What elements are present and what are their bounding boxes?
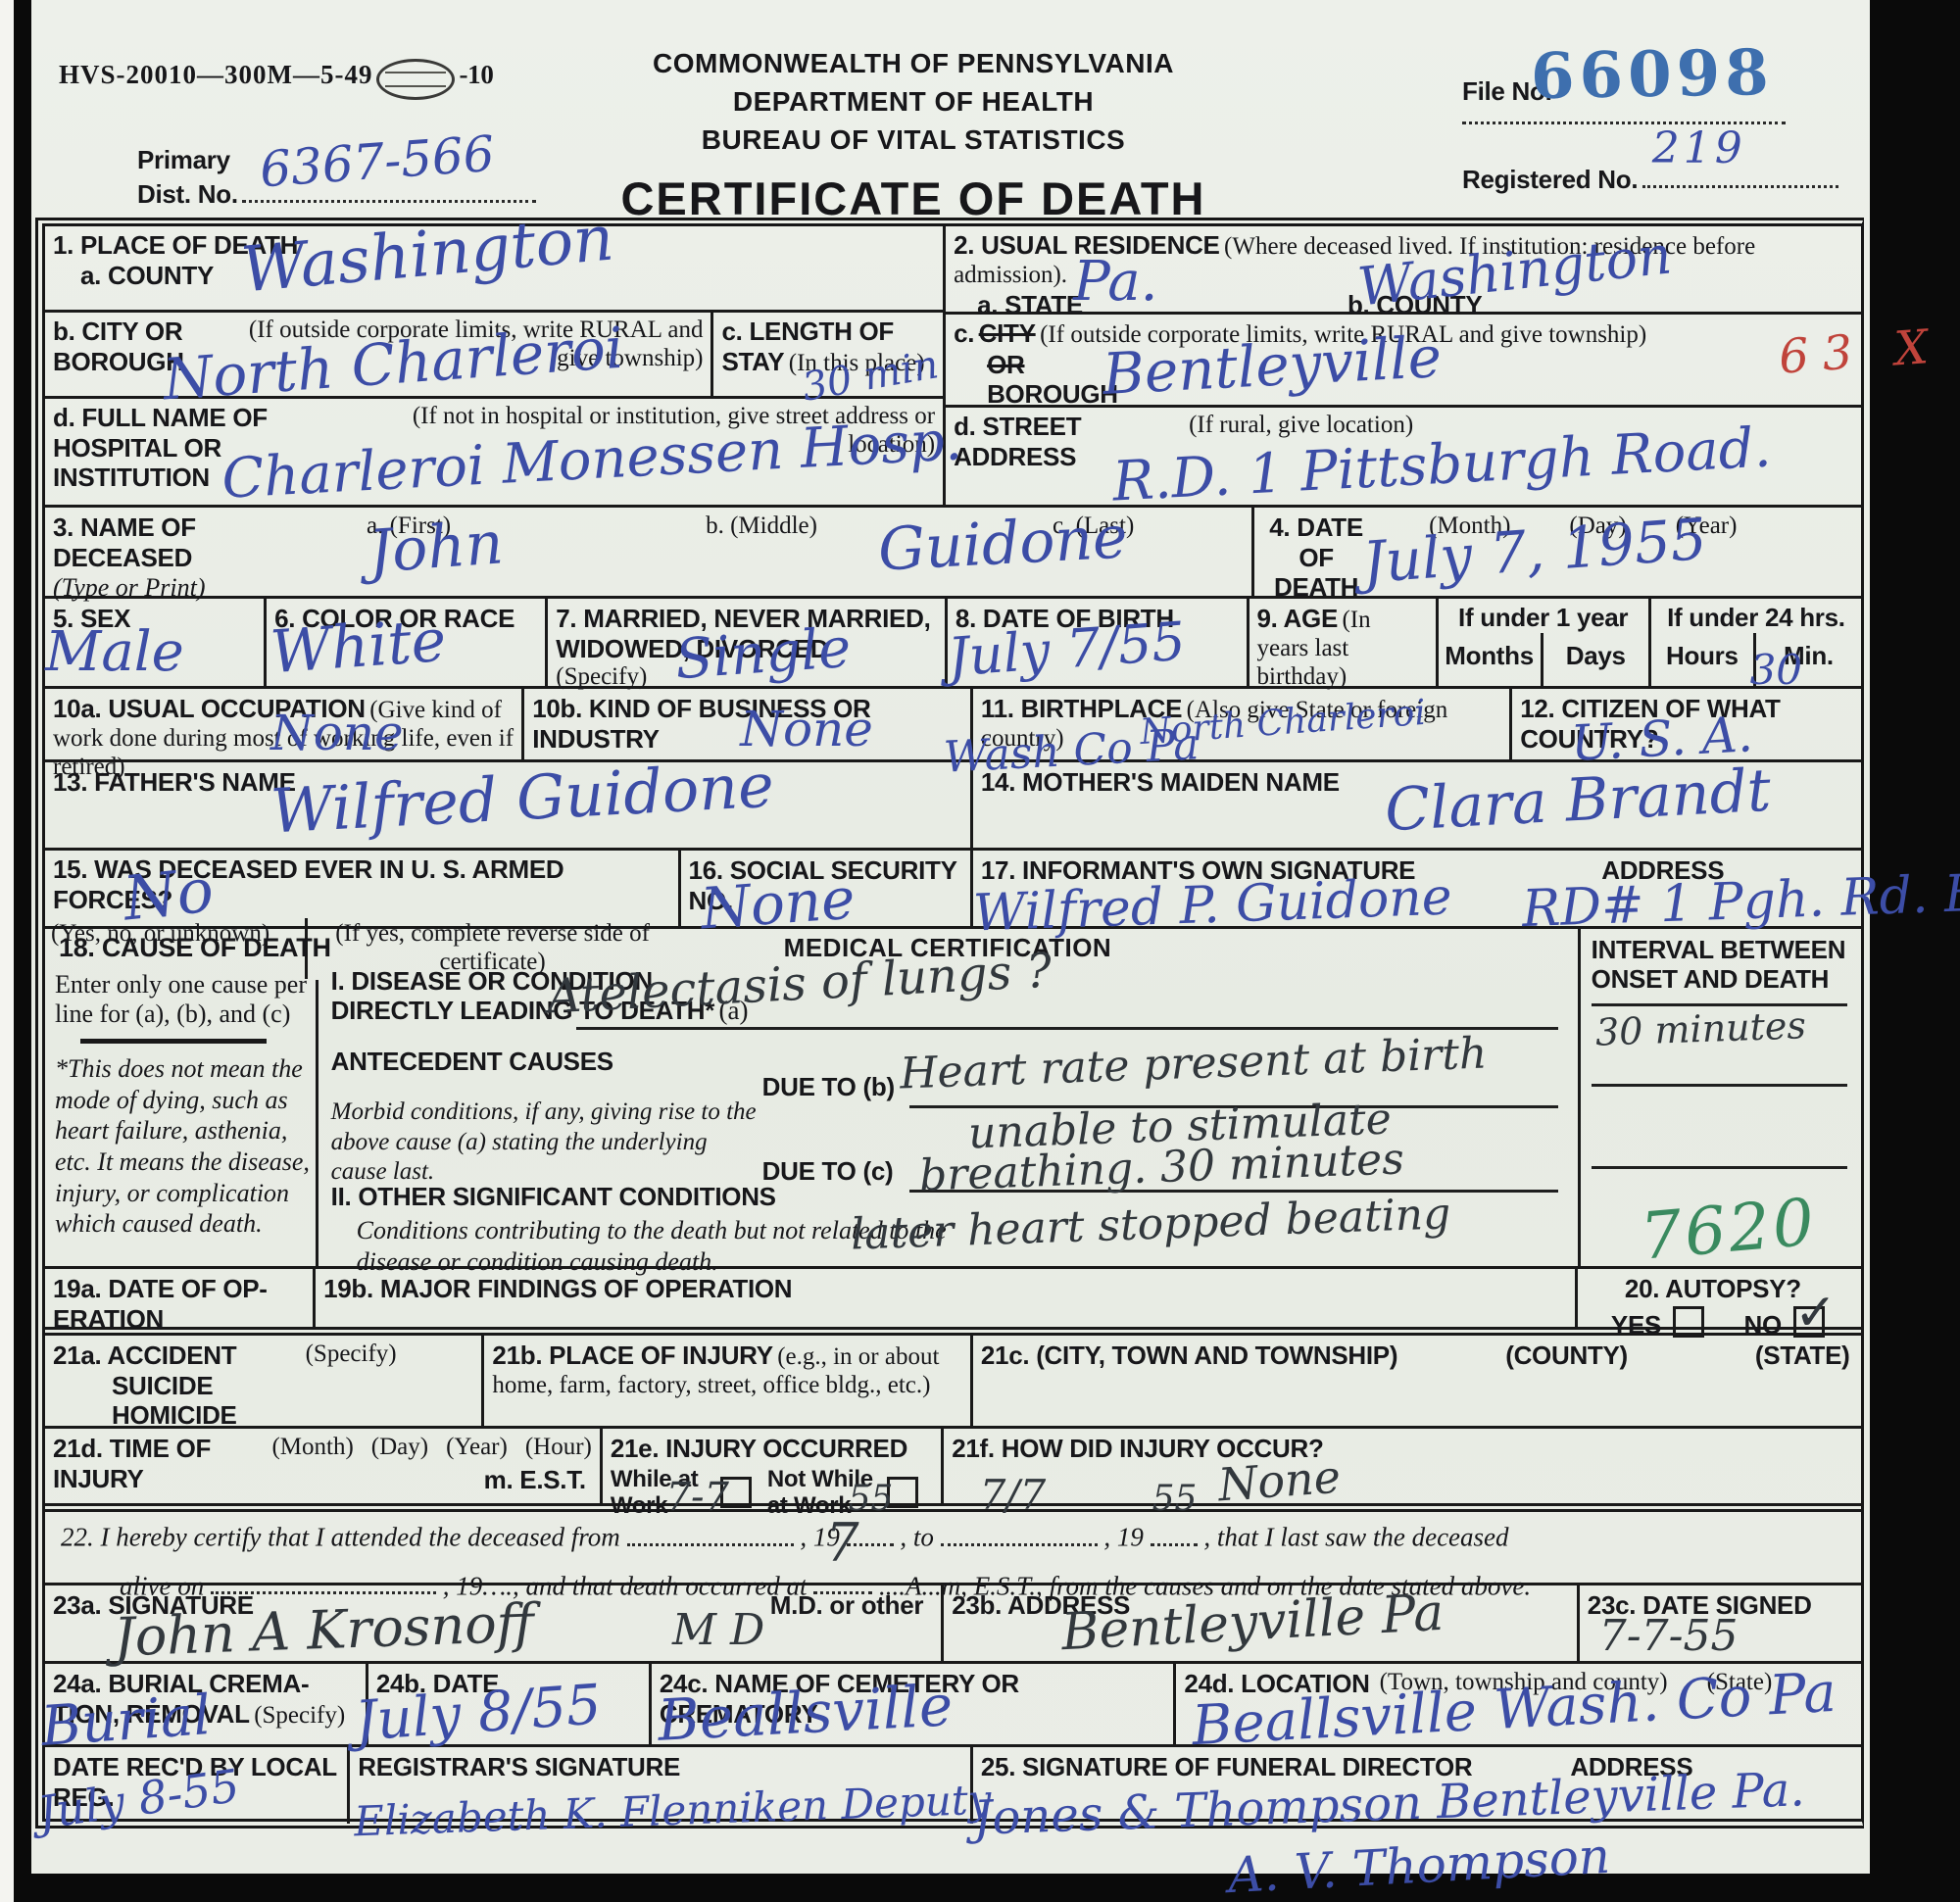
field-24b-date: 24b. DATE July 8/55	[368, 1664, 652, 1744]
section-3-title: 3. NAME OF DECEASED	[53, 512, 298, 572]
header-org-block: COMMONWEALTH OF PENNSYLVANIA DEPARTMENT …	[541, 47, 1286, 226]
field-24d-location: 24d. LOCATION (Town, township and county…	[1176, 1664, 1861, 1744]
field-18-interval: INTERVAL BETWEEN ONSET AND DEATH 30 minu…	[1582, 929, 1861, 1266]
scanned-death-certificate: HVS-20010—300M—5-49-10 Primary Dist. No.…	[0, 0, 1960, 1902]
primary-label: Primary	[137, 145, 536, 175]
field-21c-label: 21c. (CITY, TOWN AND TOWNSHIP)	[981, 1341, 1397, 1371]
field-24a-paren: (Specify)	[254, 1702, 345, 1729]
field-1d-hospital: d. FULL NAME OF HOSPITAL OR INSTITUTION …	[45, 399, 943, 502]
field-15-label: 15. WAS DECEASED EVER IN U. S. ARMED FOR…	[45, 851, 678, 918]
field-1a-county: 1. PLACE OF DEATH a. COUNTY Washington	[45, 226, 943, 313]
field-14-label: 14. MOTHER'S MAIDEN NAME	[981, 767, 1340, 797]
field-2c-borough-label: BOROUGH	[987, 379, 1853, 410]
section-4-date-of-death: 4. DATE OF DEATH (Month) (Day) (Year) Ju…	[1254, 508, 1861, 596]
field-18a-label: (a)	[719, 996, 749, 1025]
field-23a-signature: 23a. SIGNATURE M.D. or other John A Kros…	[45, 1585, 944, 1661]
field-1b-city-borough: b. CITY OR BOROUGH (If outside corporate…	[45, 313, 713, 396]
field-11-birthplace: 11. BIRTHPLACE (Also give State or forei…	[973, 689, 1512, 759]
interval-line1	[1592, 1003, 1847, 1006]
autopsy-yes-checkbox	[1673, 1306, 1704, 1338]
field-16-ssn: 16. SOCIAL SECURITY NO. None	[681, 851, 973, 926]
certify-year1-line: 55	[847, 1518, 894, 1546]
field-17-informant: 17. INFORMANT'S OWN SIGNATURE ADDRESS Wi…	[973, 851, 1861, 926]
field-23c-date-signed: 23c. DATE SIGNED 7-7-55	[1580, 1585, 1861, 1661]
row-burial: 24a. BURIAL CREMA-TION, REMOVAL (Specify…	[45, 1664, 1861, 1747]
field-14-value: Clara Brandt	[1383, 756, 1772, 846]
field-24c-label: 24c. NAME OF CEMETERY OR CREMATORY	[660, 1669, 1166, 1729]
field-18b-value: Heart rate present at birth	[899, 1029, 1488, 1099]
field-7-label: 7. MARRIED, NEVER MARRIED, WIDOWED, DIVO…	[556, 604, 937, 663]
field-21b-label: 21b. PLACE OF INJURY	[492, 1341, 772, 1370]
certify-p2: , 19	[800, 1523, 840, 1552]
field-21c-state-label: (STATE)	[1755, 1341, 1850, 1371]
registered-no-label: Registered No.	[1462, 165, 1638, 194]
field-21d-label: 21d. TIME OF INJURY	[53, 1434, 258, 1493]
certificate-paper: HVS-20010—300M—5-49-10 Primary Dist. No.…	[31, 0, 1870, 1874]
org-line1: COMMONWEALTH OF PENNSYLVANIA	[541, 47, 1286, 79]
field-2c-or-struck: OR	[987, 350, 1853, 380]
field-registrar-signature: REGISTRAR'S SIGNATURE Elizabeth K. Flenn…	[350, 1747, 973, 1824]
row-certify-statement: 22. I hereby certify that I attended the…	[45, 1512, 1861, 1585]
field-19b-label: 19b. MAJOR FINDINGS OF OPERATION	[323, 1274, 1567, 1304]
interval-line3	[1592, 1166, 1847, 1169]
field-25-funeral-director: 25. SIGNATURE OF FUNERAL DIRECTOR ADDRES…	[973, 1747, 1861, 1824]
line-18b	[909, 1105, 1559, 1108]
file-no-block: File No. 66098	[1462, 76, 1870, 129]
file-no-stamp: 66098	[1530, 36, 1774, 114]
file-no-line: 66098	[1462, 107, 1786, 124]
field-23b-address: 23b. ADDRESS Bentleyville Pa	[944, 1585, 1580, 1661]
form-number: HVS-20010—300M—5-49	[59, 60, 372, 89]
divider-18-interval	[1578, 929, 1581, 1266]
registered-no-value: 219	[1652, 123, 1746, 173]
section-18-notes: Enter only one cause per line for (a), (…	[55, 970, 312, 1240]
field-23c-label: 23c. DATE SIGNED	[1588, 1590, 1853, 1621]
field-9-under24-group: If under 24 hrs. Hours Min. 30	[1648, 599, 1861, 686]
field-9-age: 9. AGE (In years last birthday) If under…	[1249, 599, 1861, 686]
field-9-days-label: Days	[1543, 633, 1648, 686]
field-21d-est-label: m. E.S.T.	[484, 1465, 586, 1495]
registrar-label: REGISTRAR'S SIGNATURE	[358, 1752, 962, 1782]
section-4-title: 4. DATE OF DEATH	[1262, 512, 1370, 603]
field-20-label: 20. AUTOPSY?	[1625, 1274, 1853, 1304]
field-19a-label: 19a. DATE OF OP-ERATION	[53, 1274, 269, 1334]
while-at-work-checkbox	[720, 1477, 752, 1508]
file-no-label: File No.	[1462, 76, 1552, 106]
field-10b-industry: 10b. KIND OF BUSINESS OR INDUSTRY None	[524, 689, 973, 759]
field-21f-how-injury: 21f. HOW DID INJURY OCCUR? None	[944, 1429, 1861, 1503]
field-9-label-block: 9. AGE (In years last birthday)	[1249, 599, 1436, 686]
field-23b-label: 23b. ADDRESS	[952, 1590, 1569, 1621]
field-19b-major-findings: 19b. MAJOR FINDINGS OF OPERATION	[316, 1269, 1578, 1327]
registrar-value: Elizabeth K. Flenniken Deputy	[354, 1776, 993, 1846]
field-2ab-state-county: 2. USUAL RESIDENCE (Where deceased lived…	[946, 226, 1861, 315]
field-21e-injury-occurred: 21e. INJURY OCCURRED While at Work Not W…	[603, 1429, 944, 1503]
certify-p4: , 19	[1103, 1523, 1144, 1552]
field-18i-line2: DIRECTLY LEADING TO DEATH*	[331, 996, 714, 1025]
interval-label-line2: ONSET AND DEATH	[1592, 964, 1830, 995]
field-18i-line1: I. DISEASE OR CONDITION	[331, 966, 653, 997]
field-10a-occupation: 10a. USUAL OCCUPATION (Give kind of work…	[45, 689, 524, 759]
date-recd-label: DATE REC'D BY LOCAL REG.	[53, 1752, 339, 1812]
scan-edge-strip	[0, 0, 14, 1902]
field-1b-paren: (If outside corporate limits, write RURA…	[242, 317, 703, 373]
field-2c-city-borough: c. CITY (If outside corporate limits, wr…	[946, 315, 1861, 408]
field-23a-label: 23a. SIGNATURE	[53, 1590, 254, 1621]
not-while-at-work-checkbox	[887, 1477, 918, 1508]
field-7-paren: (Specify)	[556, 663, 647, 690]
row-name-dod: 3. NAME OF DECEASED (Type or Print) a. (…	[45, 508, 1861, 599]
field-13-father: 13. FATHER'S NAME Wilfred Guidone	[45, 762, 973, 848]
certify-year2-line: 55	[1151, 1518, 1198, 1546]
field-10a-label: 10a. USUAL OCCUPATION	[53, 694, 366, 723]
field-6-label: 6. COLOR OR RACE	[274, 604, 537, 634]
section-3-name-of-deceased: 3. NAME OF DECEASED (Type or Print) a. (…	[45, 508, 1254, 596]
org-line2: DEPARTMENT OF HEALTH	[541, 85, 1286, 118]
certify-p1: 22. I hereby certify that I attended the…	[61, 1523, 620, 1552]
field-24a-burial: 24a. BURIAL CREMA-TION, REMOVAL (Specify…	[45, 1664, 368, 1744]
field-19a-date-of-operation: 19a. DATE OF OP-ERATION	[45, 1269, 316, 1327]
row-cause-of-death: 18. CAUSE OF DEATH Enter only one cause …	[45, 929, 1861, 1269]
field-1d-label: d. FULL NAME OF HOSPITAL OR INSTITUTION	[53, 403, 347, 493]
field-21a-line2: SUICIDE	[112, 1371, 237, 1401]
subrow-1bc: b. CITY OR BOROUGH (If outside corporate…	[45, 313, 943, 399]
field-1c-paren: (In this place)	[789, 350, 925, 376]
field-1c-length-of-stay: c. LENGTH OF STAY (In this place) 30 min	[713, 313, 943, 396]
field-11-label: 11. BIRTHPLACE	[981, 694, 1182, 723]
field-18c-label: DUE TO (c)	[762, 1156, 894, 1187]
field-21d-month-label: (Month)	[271, 1434, 353, 1493]
field-12-citizen: 12. CITIZEN OF WHAT COUNTRY? U. S. A.	[1512, 689, 1861, 759]
field-21a-line3: HOMICIDE	[112, 1400, 237, 1431]
row-parents: 13. FATHER'S NAME Wilfred Guidone 14. MO…	[45, 762, 1861, 851]
field-13-value: Wilfred Guidone	[269, 750, 775, 848]
antecedent-note: Morbid conditions, if any, giving rise t…	[331, 1097, 762, 1188]
field-17-address-label: ADDRESS	[1601, 855, 1724, 886]
field-21a-accident: 21a. ACCIDENT SUICIDE HOMICIDE (Specify)	[45, 1336, 484, 1426]
field-21a-line1: 21a. ACCIDENT	[53, 1341, 237, 1371]
field-4-year-label: (Year)	[1676, 512, 1738, 603]
primary-dist-block: Primary Dist. No. 6367-566	[137, 145, 536, 209]
section-18-note2: *This does not mean the mode of dying, s…	[55, 1053, 312, 1240]
section-1-title: 1. PLACE OF DEATH	[53, 230, 935, 261]
field-1b-label: b. CITY OR BOROUGH	[53, 317, 229, 376]
line-18c	[909, 1190, 1559, 1193]
row-accident: 21a. ACCIDENT SUICIDE HOMICIDE (Specify)…	[45, 1336, 1861, 1429]
field-9-min-label: Min.	[1756, 633, 1861, 686]
green-code-stamp: 7620	[1638, 1184, 1820, 1274]
other-significant-note: Conditions contributing to the death but…	[357, 1215, 994, 1277]
certify-p5: , that I last saw the deceased	[1203, 1523, 1508, 1552]
row-place-residence: 1. PLACE OF DEATH a. COUNTY Washington b…	[45, 226, 1861, 508]
field-6-color-race: 6. COLOR OR RACE White	[267, 599, 548, 686]
field-9-hours-label: Hours	[1651, 633, 1756, 686]
md-or-other-label: M.D. or other	[770, 1590, 923, 1621]
antecedent-causes-label: ANTECEDENT CAUSES	[331, 1047, 613, 1077]
field-25-address-label: ADDRESS	[1570, 1752, 1692, 1782]
section-18-medical-certification: MEDICAL CERTIFICATION I. DISEASE OR COND…	[321, 929, 1575, 1266]
field-5-label: 5. SEX	[53, 604, 256, 634]
field-21f-label: 21f. HOW DID INJURY OCCUR?	[952, 1434, 1853, 1464]
field-18b-label: DUE TO (b)	[762, 1072, 895, 1102]
field-10b-label: 10b. KIND OF BUSINESS OR INDUSTRY	[532, 694, 870, 754]
field-24d-paren: (Town, township and county)	[1380, 1669, 1668, 1699]
field-24d-label: 24d. LOCATION	[1184, 1669, 1369, 1699]
field-9-under1-group: If under 1 year Months Days	[1436, 599, 1648, 686]
registered-no-block: Registered No. 219	[1462, 165, 1838, 195]
field-8-label: 8. DATE OF BIRTH	[955, 604, 1239, 634]
row-physician-signature: 23a. SIGNATURE M.D. or other John A Kros…	[45, 1585, 1861, 1664]
field-17-label: 17. INFORMANT'S OWN SIGNATURE	[981, 855, 1415, 886]
interval-value: 30 minutes	[1594, 1003, 1806, 1053]
field-date-recd: DATE REC'D BY LOCAL REG. July 8-55	[45, 1747, 350, 1824]
field-25-value2: A. V. Thompson	[1227, 1828, 1612, 1902]
field-1d-paren: (If not in hospital or institution, give…	[386, 403, 935, 460]
interval-line2	[1592, 1084, 1847, 1087]
row-occupation: 10a. USUAL OCCUPATION (Give kind of work…	[45, 689, 1861, 762]
dist-no-line: 6367-566	[242, 184, 536, 202]
field-2c-city-struck: CITY	[979, 318, 1036, 348]
certificate-form: 1. PLACE OF DEATH a. COUNTY Washington b…	[35, 218, 1864, 1829]
field-2d-paren: (If rural, give location)	[1189, 412, 1413, 471]
field-9-label: 9. AGE	[1257, 604, 1338, 633]
section-18-note1: Enter only one cause per line for (a), (…	[55, 970, 312, 1029]
certify-from-line: 7-7	[627, 1518, 794, 1546]
field-21a-paren: (Specify)	[306, 1341, 397, 1431]
field-2c-prefix: c.	[954, 318, 974, 348]
field-7-marital-status: 7. MARRIED, NEVER MARRIED, WIDOWED, DIVO…	[548, 599, 948, 686]
field-21e-label: 21e. INJURY OCCURRED	[611, 1434, 933, 1464]
medical-certification-title: MEDICAL CERTIFICATION	[321, 929, 1575, 963]
row-forces-ssn-informant: 15. WAS DECEASED EVER IN U. S. ARMED FOR…	[45, 851, 1861, 929]
certify-p3: , to	[900, 1523, 934, 1552]
field-12-label: 12. CITIZEN OF WHAT COUNTRY?	[1520, 694, 1780, 754]
field-2d-label: d. STREET ADDRESS	[954, 412, 1189, 471]
autopsy-no-checkbox: ✓	[1793, 1306, 1825, 1338]
field-21c-city-county-state: 21c. (CITY, TOWN AND TOWNSHIP) (COUNTY) …	[973, 1336, 1861, 1426]
org-line3: BUREAU OF VITAL STATISTICS	[541, 123, 1286, 156]
field-20-autopsy: 20. AUTOPSY? YES NO✓	[1578, 1269, 1861, 1327]
line-18a	[576, 1027, 1559, 1030]
row-demographics: 5. SEX Male 6. COLOR OR RACE White 7. MA…	[45, 599, 1861, 689]
field-24d-state-paren: (State)	[1707, 1669, 1773, 1699]
section-1-place-of-death: 1. PLACE OF DEATH a. COUNTY Washington b…	[45, 226, 946, 505]
field-2d-street-address: d. STREET ADDRESS (If rural, give locati…	[946, 408, 1861, 475]
field-21c-county-label: (COUNTY)	[1505, 1341, 1628, 1371]
field-8-date-of-birth: 8. DATE OF BIRTH July 7/55	[948, 599, 1249, 686]
registered-no-line: 219	[1642, 171, 1838, 188]
field-5-sex: 5. SEX Male	[45, 599, 267, 686]
section-18-title: 18. CAUSE OF DEATH	[59, 933, 331, 964]
field-25-label: 25. SIGNATURE OF FUNERAL DIRECTOR	[981, 1752, 1472, 1782]
field-2c-paren: (If outside corporate limits, write RURA…	[1040, 321, 1646, 348]
field-9-under1-label: If under 1 year	[1439, 599, 1648, 633]
field-15-armed-forces: 15. WAS DECEASED EVER IN U. S. ARMED FOR…	[45, 851, 681, 926]
field-4-month-label: (Month)	[1429, 512, 1510, 603]
field-16-label: 16. SOCIAL SECURITY NO.	[689, 855, 962, 915]
row-operation-autopsy: 19a. DATE OF OP-ERATION 19b. MAJOR FINDI…	[45, 1269, 1861, 1336]
interval-label-line1: INTERVAL BETWEEN	[1592, 935, 1846, 965]
certify-line1: 22. I hereby certify that I attended the…	[61, 1518, 1845, 1553]
field-21d-time-of-injury: 21d. TIME OF INJURY (Month) (Day) (Year)…	[45, 1429, 603, 1503]
field-18b-value2: unable to stimulate	[967, 1094, 1392, 1158]
field-4-day-label: (Day)	[1569, 512, 1626, 603]
union-label-seal-icon	[376, 59, 455, 100]
section-2-usual-residence: 2. USUAL RESIDENCE (Where deceased lived…	[946, 226, 1861, 505]
field-9-under24-label: If under 24 hrs.	[1651, 599, 1861, 633]
field-1a-label: a. COUNTY	[80, 261, 935, 291]
field-24c-cemetery: 24c. NAME OF CEMETERY OR CREMATORY Beall…	[652, 1664, 1177, 1744]
dist-no-label: Dist. No.	[137, 179, 238, 209]
field-3b-label: b. (Middle)	[706, 512, 817, 604]
field-21b-place-of-injury: 21b. PLACE OF INJURY (e.g., in or about …	[484, 1336, 972, 1426]
row-registrar-funeral: DATE REC'D BY LOCAL REG. July 8-55 REGIS…	[45, 1747, 1861, 1824]
field-3c-label: c. (Last)	[1053, 512, 1134, 604]
field-9-months-label: Months	[1439, 633, 1543, 686]
field-3a-label: a. (First)	[367, 512, 451, 604]
row-time-of-injury: 21d. TIME OF INJURY (Month) (Day) (Year)…	[45, 1429, 1861, 1512]
certify-to-line: 7/7	[941, 1518, 1098, 1546]
seal-suffix: -10	[459, 60, 493, 89]
field-13-label: 13. FATHER'S NAME	[53, 767, 296, 797]
field-14-mother: 14. MOTHER'S MAIDEN NAME Clara Brandt	[973, 762, 1861, 848]
section-2-title: 2. USUAL RESIDENCE	[954, 230, 1220, 260]
field-24b-label: 24b. DATE	[376, 1669, 641, 1699]
divider-18-notes	[316, 980, 318, 1266]
field-21d-day-label: (Day)	[371, 1434, 428, 1493]
other-significant-title: II. OTHER SIGNIFICANT CONDITIONS	[331, 1182, 776, 1212]
form-number-line: HVS-20010—300M—5-49-10	[59, 59, 494, 100]
notes-divider-rule	[80, 1039, 267, 1044]
